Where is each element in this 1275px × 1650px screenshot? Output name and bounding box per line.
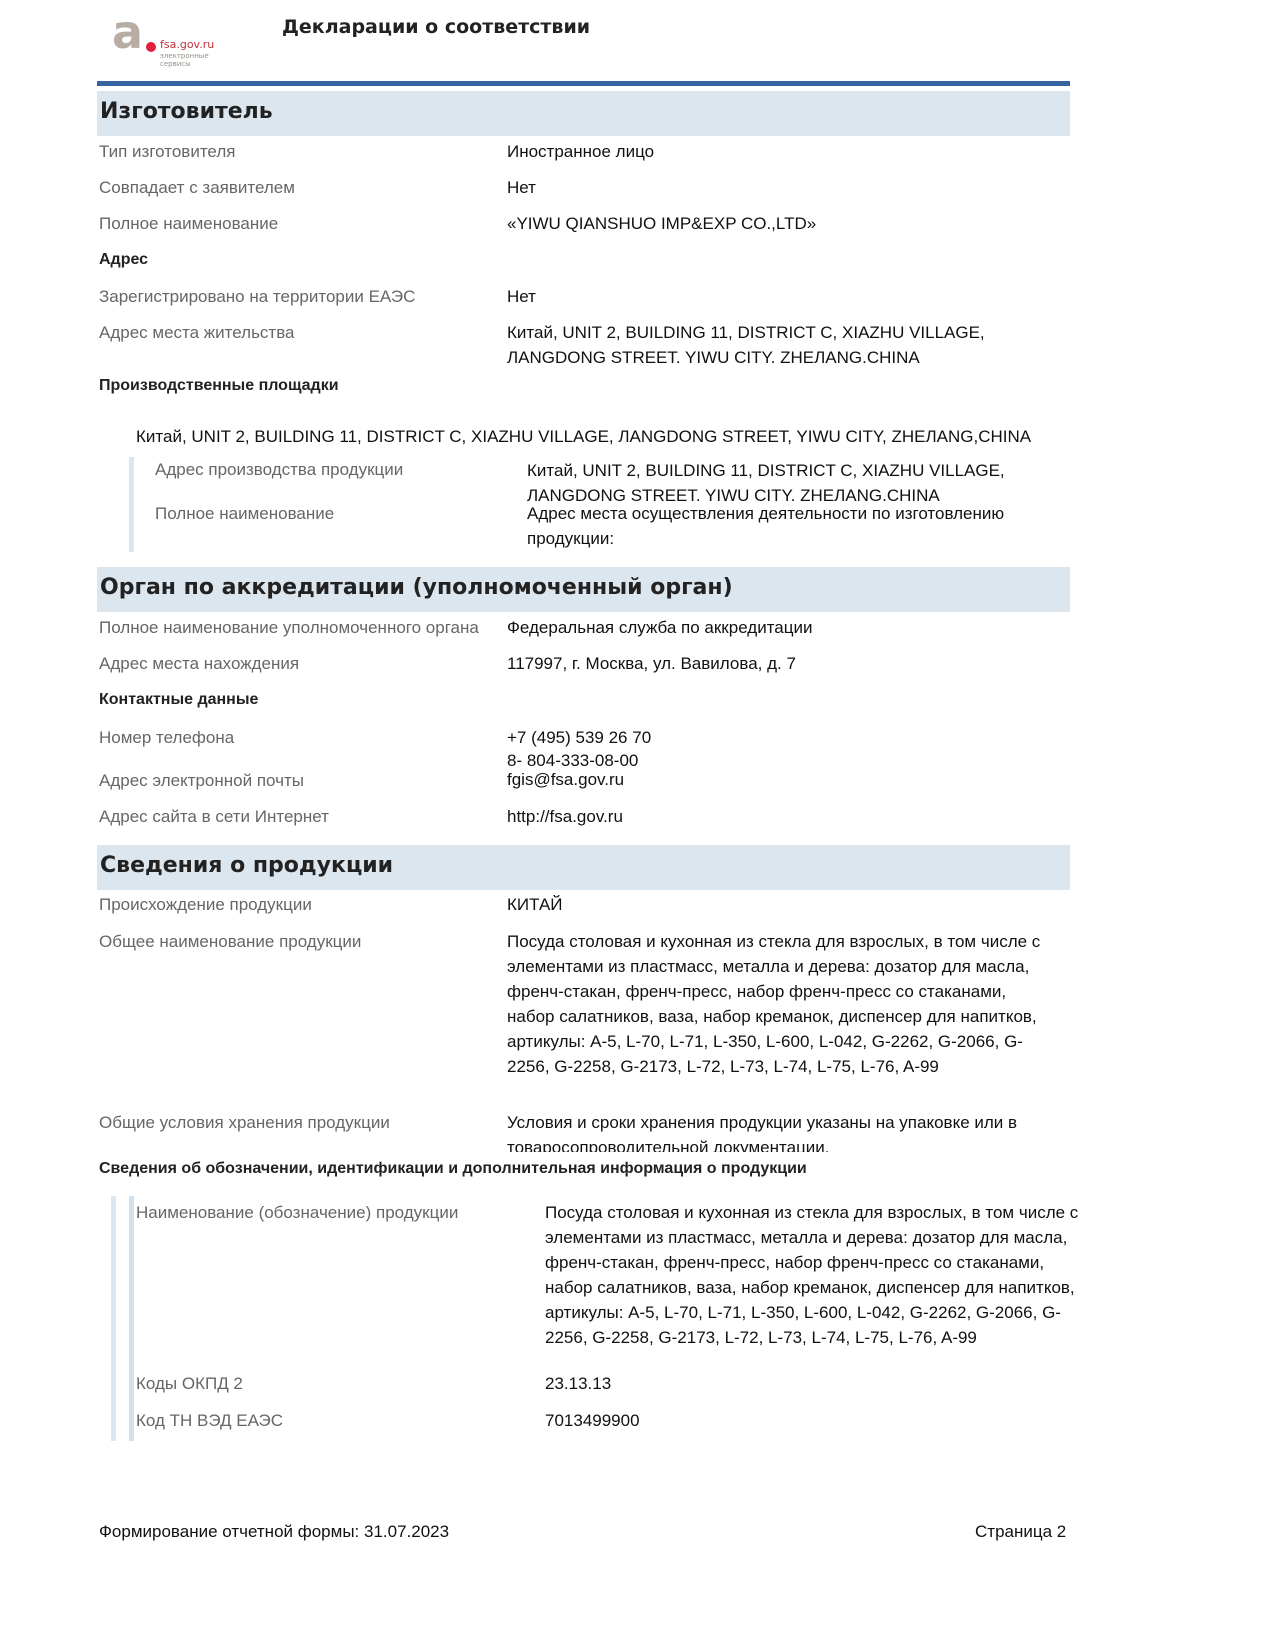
field-label: Совпадает с заявителем	[99, 178, 295, 198]
field-label: Полное наименование уполномоченного орга…	[99, 618, 479, 638]
field-label: Адрес места жительства	[99, 323, 295, 343]
field-value: КИТАЙ	[507, 895, 563, 915]
field-label: Адрес производства продукции	[155, 460, 403, 480]
section-title: Изготовитель	[100, 99, 273, 124]
section-product-header: Сведения о продукции	[97, 845, 1070, 890]
field-label: Адрес электронной почты	[99, 771, 304, 791]
production-site-address: Китай, UNIT 2, BUILDING 11, DISTRICT C, …	[136, 427, 1031, 447]
fsa-logo: а fsa.gov.ru электронные сервисы	[108, 14, 238, 60]
field-label: Адрес сайта в сети Интернет	[99, 807, 329, 827]
field-value: 117997, г. Москва, ул. Вавилова, д. 7	[507, 654, 796, 674]
field-label: Коды ОКПД 2	[136, 1374, 243, 1394]
section-title: Сведения о продукции	[100, 853, 393, 878]
subheading-identification: Сведения об обозначении, идентификации и…	[99, 1160, 807, 1178]
field-label: Полное наименование	[99, 214, 278, 234]
identification-group-bar-outer	[111, 1196, 116, 1441]
field-label: Код ТН ВЭД ЕАЭС	[136, 1411, 283, 1431]
logo-domain: fsa.gov.ru	[160, 38, 214, 51]
site-group-bar	[129, 457, 134, 552]
field-value: Посуда столовая и кухонная из стекла для…	[545, 1200, 1085, 1350]
field-value: «YIWU QIANSHUO IMP&EXP CO.,LTD»	[507, 214, 816, 234]
header-rule	[97, 81, 1070, 86]
field-value: Нет	[507, 287, 536, 307]
field-label: Общие условия хранения продукции	[99, 1113, 390, 1133]
page-number: Страница 2	[975, 1522, 1066, 1542]
subheading-production-sites: Производственные площадки	[99, 377, 339, 395]
subheading-address: Адрес	[99, 251, 148, 269]
field-label: Происхождение продукции	[99, 895, 312, 915]
report-generation-date: Формирование отчетной формы: 31.07.2023	[99, 1522, 449, 1542]
subheading-contacts: Контактные данные	[99, 691, 258, 709]
identification-group-bar-inner	[129, 1196, 134, 1441]
field-label: Общее наименование продукции	[99, 932, 361, 952]
field-value: Иностранное лицо	[507, 142, 654, 162]
field-value: Условия и сроки хранения продукции указа…	[507, 1110, 1057, 1152]
field-value: 7013499900	[545, 1411, 640, 1431]
field-value: Федеральная служба по аккредитации	[507, 618, 812, 638]
field-value: 23.13.13	[545, 1374, 611, 1394]
logo-subtitle: электронные сервисы	[160, 52, 238, 68]
field-label: Номер телефона	[99, 728, 234, 748]
field-label: Адрес места нахождения	[99, 654, 299, 674]
field-value: Китай, UNIT 2, BUILDING 11, DISTRICT C, …	[507, 320, 987, 364]
website-link[interactable]: http://fsa.gov.ru	[507, 807, 623, 827]
fsa-logo-icon: а	[112, 14, 148, 50]
section-manufacturer-header: Изготовитель	[97, 91, 1070, 136]
logo-dot-icon	[146, 42, 156, 52]
phone-value-2: 8- 804-333-08-00	[507, 751, 638, 771]
section-title: Орган по аккредитации (уполномоченный ор…	[100, 575, 733, 600]
field-label: Наименование (обозначение) продукции	[136, 1203, 458, 1223]
section-accreditation-header: Орган по аккредитации (уполномоченный ор…	[97, 567, 1070, 612]
field-value: Нет	[507, 178, 536, 198]
field-label: Полное наименование	[155, 504, 334, 524]
document-title: Декларации о соответствии	[282, 16, 590, 38]
phone-value: +7 (495) 539 26 70	[507, 728, 651, 748]
field-label: Зарегистрировано на территории ЕАЭС	[99, 287, 415, 307]
field-label: Тип изготовителя	[99, 142, 235, 162]
email-link[interactable]: fgis@fsa.gov.ru	[507, 770, 624, 790]
field-value: Адрес места осуществления деятельности п…	[527, 501, 1037, 551]
field-value: Посуда столовая и кухонная из стекла для…	[507, 929, 1057, 1079]
